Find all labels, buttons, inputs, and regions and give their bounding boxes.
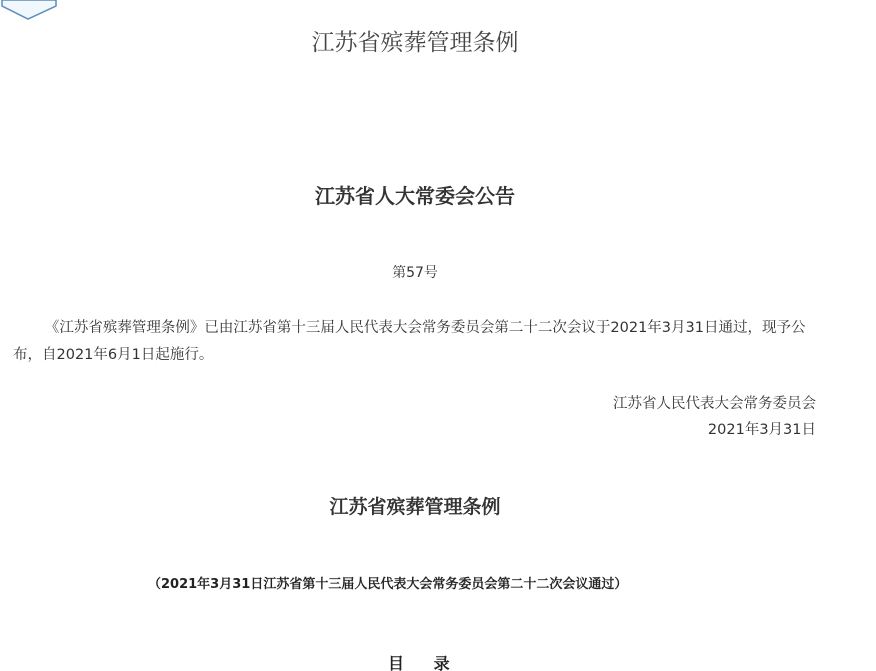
- page-title: 江苏省殡葬管理条例: [0, 24, 830, 57]
- announcement-body-paragraph: 《江苏省殡葬管理条例》已由江苏省第十三届人民代表大会常务委员会第二十二次会议于2…: [13, 315, 813, 369]
- announcement-title: 江苏省人大常委会公告: [0, 180, 830, 209]
- announcement-body: 《江苏省殡葬管理条例》已由江苏省第十三届人民代表大会常务委员会第二十二次会议于2…: [13, 315, 813, 369]
- law-title: 江苏省殡葬管理条例: [0, 492, 830, 519]
- adoption-note: （2021年3月31日江苏省第十三届人民代表大会常务委员会第二十二次会议通过）: [148, 573, 627, 592]
- signature-date: 2021年3月31日: [708, 418, 816, 439]
- corner-badge-icon: [0, 0, 60, 22]
- announcement-number: 第57号: [0, 262, 830, 282]
- signature-organization: 江苏省人民代表大会常务委员会: [613, 392, 816, 413]
- table-of-contents-heading: 目 录: [388, 651, 462, 671]
